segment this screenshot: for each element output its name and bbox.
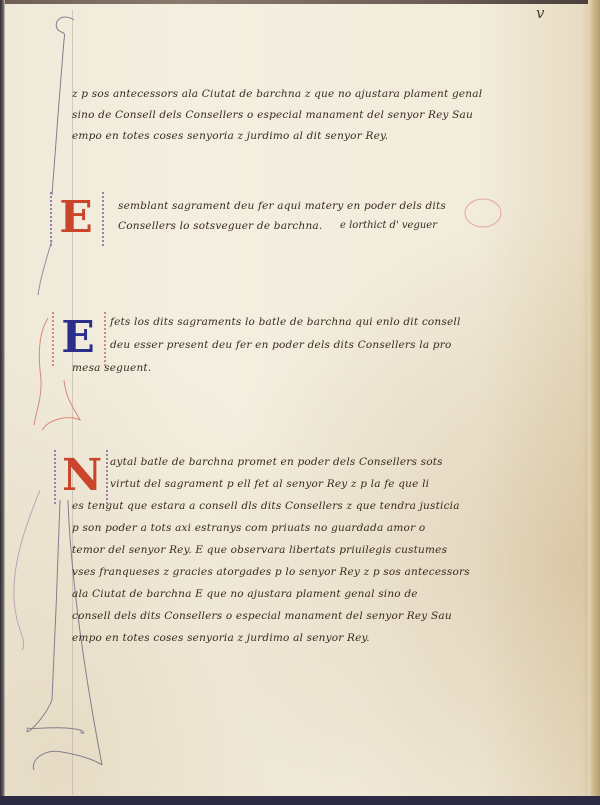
text-line: aytal batle de barchna promet en poder d… xyxy=(110,456,443,468)
illuminated-initial-red-e: E xyxy=(58,196,94,240)
text-line: semblant sagrament deu fer aqui matery e… xyxy=(118,200,446,212)
text-line: Consellers lo sotsveguer de barchna. xyxy=(118,220,322,232)
text-line: ala Ciutat de barchna E que no ajustara … xyxy=(72,588,418,600)
text-line: temor del senyor Rey. E que observara li… xyxy=(72,544,447,556)
text-line: p son poder a tots axi estranys com priu… xyxy=(72,522,425,534)
folio-number: v xyxy=(536,4,544,22)
text-line: vses franqueses z gracies atorgades p lo… xyxy=(72,566,470,578)
manuscript-page: v z p sos antecessors ala Ciutat de barc… xyxy=(0,0,600,805)
marginal-gloss: e lorthict d' veguer xyxy=(340,220,437,231)
text-line: deu esser present deu fer en poder dels … xyxy=(110,339,451,351)
text-line: z p sos antecessors ala Ciutat de barchn… xyxy=(72,88,482,100)
initial-penwork-frame xyxy=(54,450,108,504)
text-line: empo en totes coses senyoria z jurdimo a… xyxy=(72,632,370,644)
text-line: empo en totes coses senyoria z jurdimo a… xyxy=(72,130,388,142)
illuminated-initial-blue-e: E xyxy=(60,316,96,360)
text-line: fets los dits sagraments lo batle de bar… xyxy=(110,316,461,328)
text-line: es tengut que estara a consell dls dits … xyxy=(72,500,460,512)
initial-penwork-frame xyxy=(52,312,106,366)
text-line: virtut del sagrament p ell fet al senyor… xyxy=(110,478,429,490)
text-line: sino de Consell dels Consellers o especi… xyxy=(72,109,473,121)
initial-penwork-frame xyxy=(50,192,104,246)
illuminated-initial-red-n: N xyxy=(62,454,102,498)
text-line: consell dels dits Consellers o especial … xyxy=(72,610,452,622)
text-line: mesa seguent. xyxy=(72,362,151,374)
